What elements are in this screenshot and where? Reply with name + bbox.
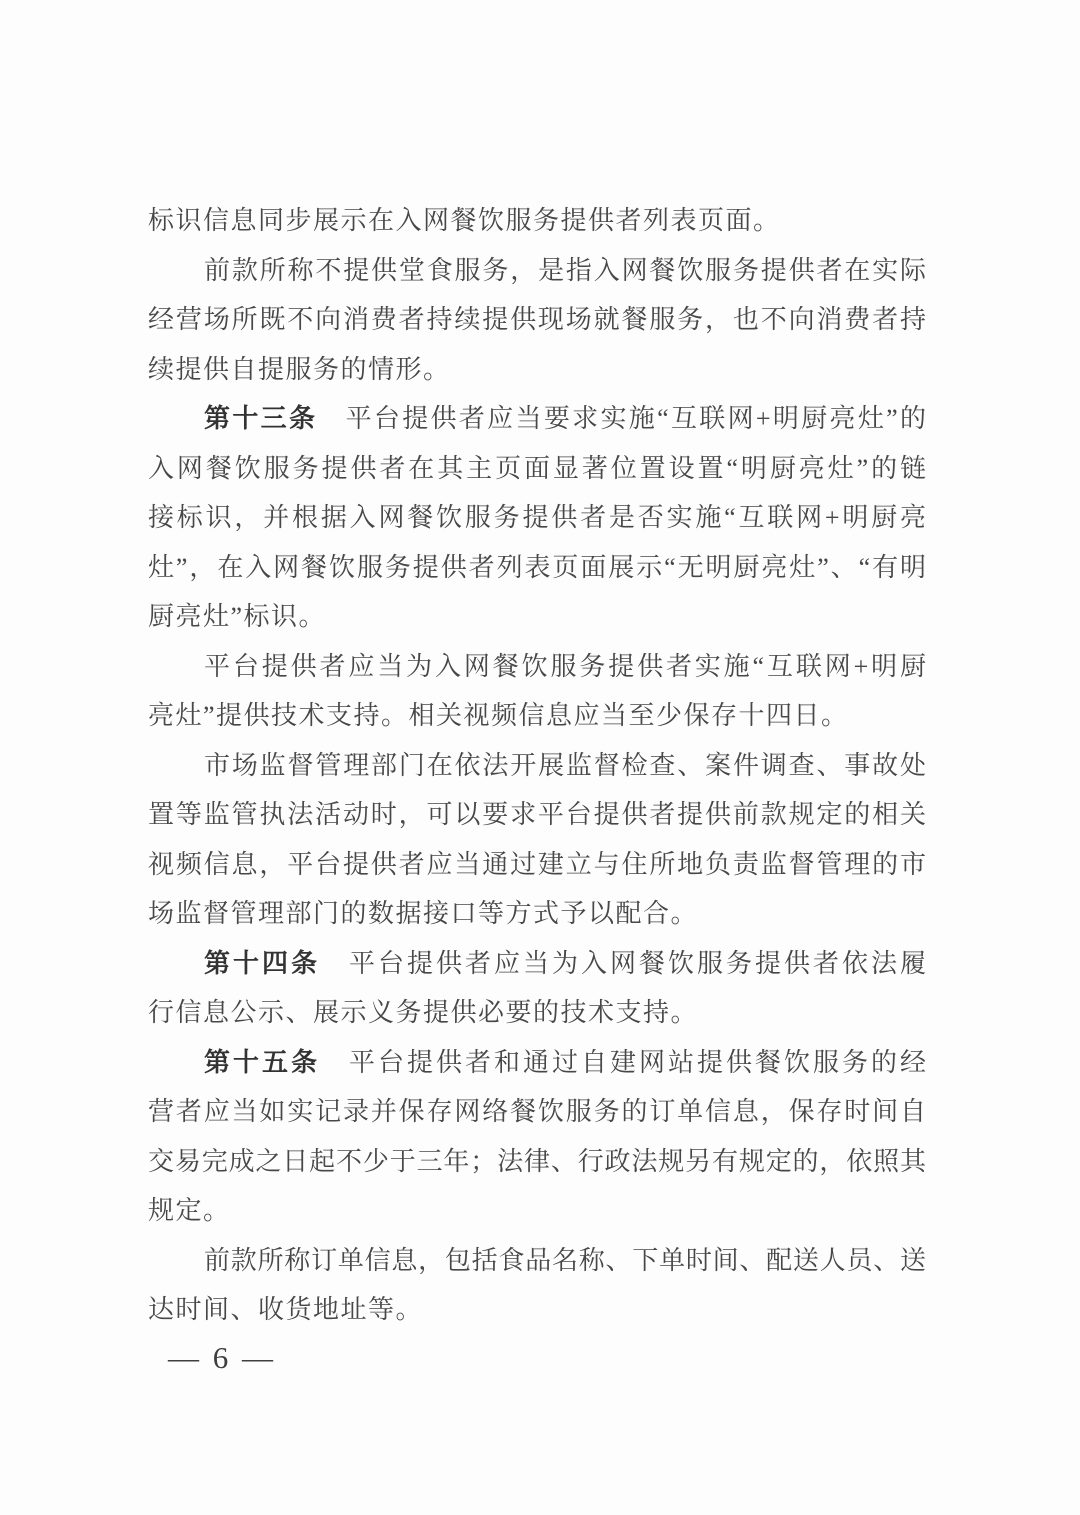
article-number: 第十三条: [204, 403, 317, 433]
text-line: 续提供自提服务的情形。: [148, 345, 926, 395]
page-number: — 6 —: [168, 1338, 276, 1378]
article-number: 第十五条: [204, 1047, 320, 1077]
text-line: 第十三条 平台提供者应当要求实施“互联网+明厨亮灶”的: [148, 394, 926, 444]
document-body: 标识信息同步展示在入网餐饮服务提供者列表页面。前款所称不提供堂食服务，是指入网餐…: [148, 196, 926, 1335]
text-line: 标识信息同步展示在入网餐饮服务提供者列表页面。: [148, 196, 926, 246]
text-line: 厨亮灶”标识。: [148, 592, 926, 642]
text-line: 市场监督管理部门在依法开展监督检查、案件调查、事故处: [148, 741, 926, 791]
page-number-label: — 6 —: [168, 1340, 276, 1375]
text-line: 平台提供者应当为入网餐饮服务提供者实施“互联网+明厨: [148, 642, 926, 692]
text-line: 前款所称订单信息，包括食品名称、下单时间、配送人员、送: [148, 1236, 926, 1286]
text-line: 亮灶”提供技术支持。相关视频信息应当至少保存十四日。: [148, 691, 926, 741]
text-line: 经营场所既不向消费者持续提供现场就餐服务，也不向消费者持: [148, 295, 926, 345]
article-number: 第十四条: [204, 948, 320, 978]
text-line: 场监督管理部门的数据接口等方式予以配合。: [148, 889, 926, 939]
text-line: 入网餐饮服务提供者在其主页面显著位置设置“明厨亮灶”的链: [148, 444, 926, 494]
text-line: 前款所称不提供堂食服务，是指入网餐饮服务提供者在实际: [148, 246, 926, 296]
text-line: 第十四条 平台提供者应当为入网餐饮服务提供者依法履: [148, 939, 926, 989]
text-line: 灶”，在入网餐饮服务提供者列表页面展示“无明厨亮灶”、“有明: [148, 543, 926, 593]
text-line: 规定。: [148, 1186, 926, 1236]
document-page: 标识信息同步展示在入网餐饮服务提供者列表页面。前款所称不提供堂食服务，是指入网餐…: [0, 0, 1080, 1515]
text-line: 营者应当如实记录并保存网络餐饮服务的订单信息，保存时间自: [148, 1087, 926, 1137]
text-line: 接标识，并根据入网餐饮服务提供者是否实施“互联网+明厨亮: [148, 493, 926, 543]
text-line: 行信息公示、展示义务提供必要的技术支持。: [148, 988, 926, 1038]
text-line: 视频信息，平台提供者应当通过建立与住所地负责监督管理的市: [148, 840, 926, 890]
text-line: 置等监管执法活动时，可以要求平台提供者提供前款规定的相关: [148, 790, 926, 840]
text-line: 交易完成之日起不少于三年；法律、行政法规另有规定的，依照其: [148, 1137, 926, 1187]
text-line: 达时间、收货地址等。: [148, 1285, 926, 1335]
text-line: 第十五条 平台提供者和通过自建网站提供餐饮服务的经: [148, 1038, 926, 1088]
